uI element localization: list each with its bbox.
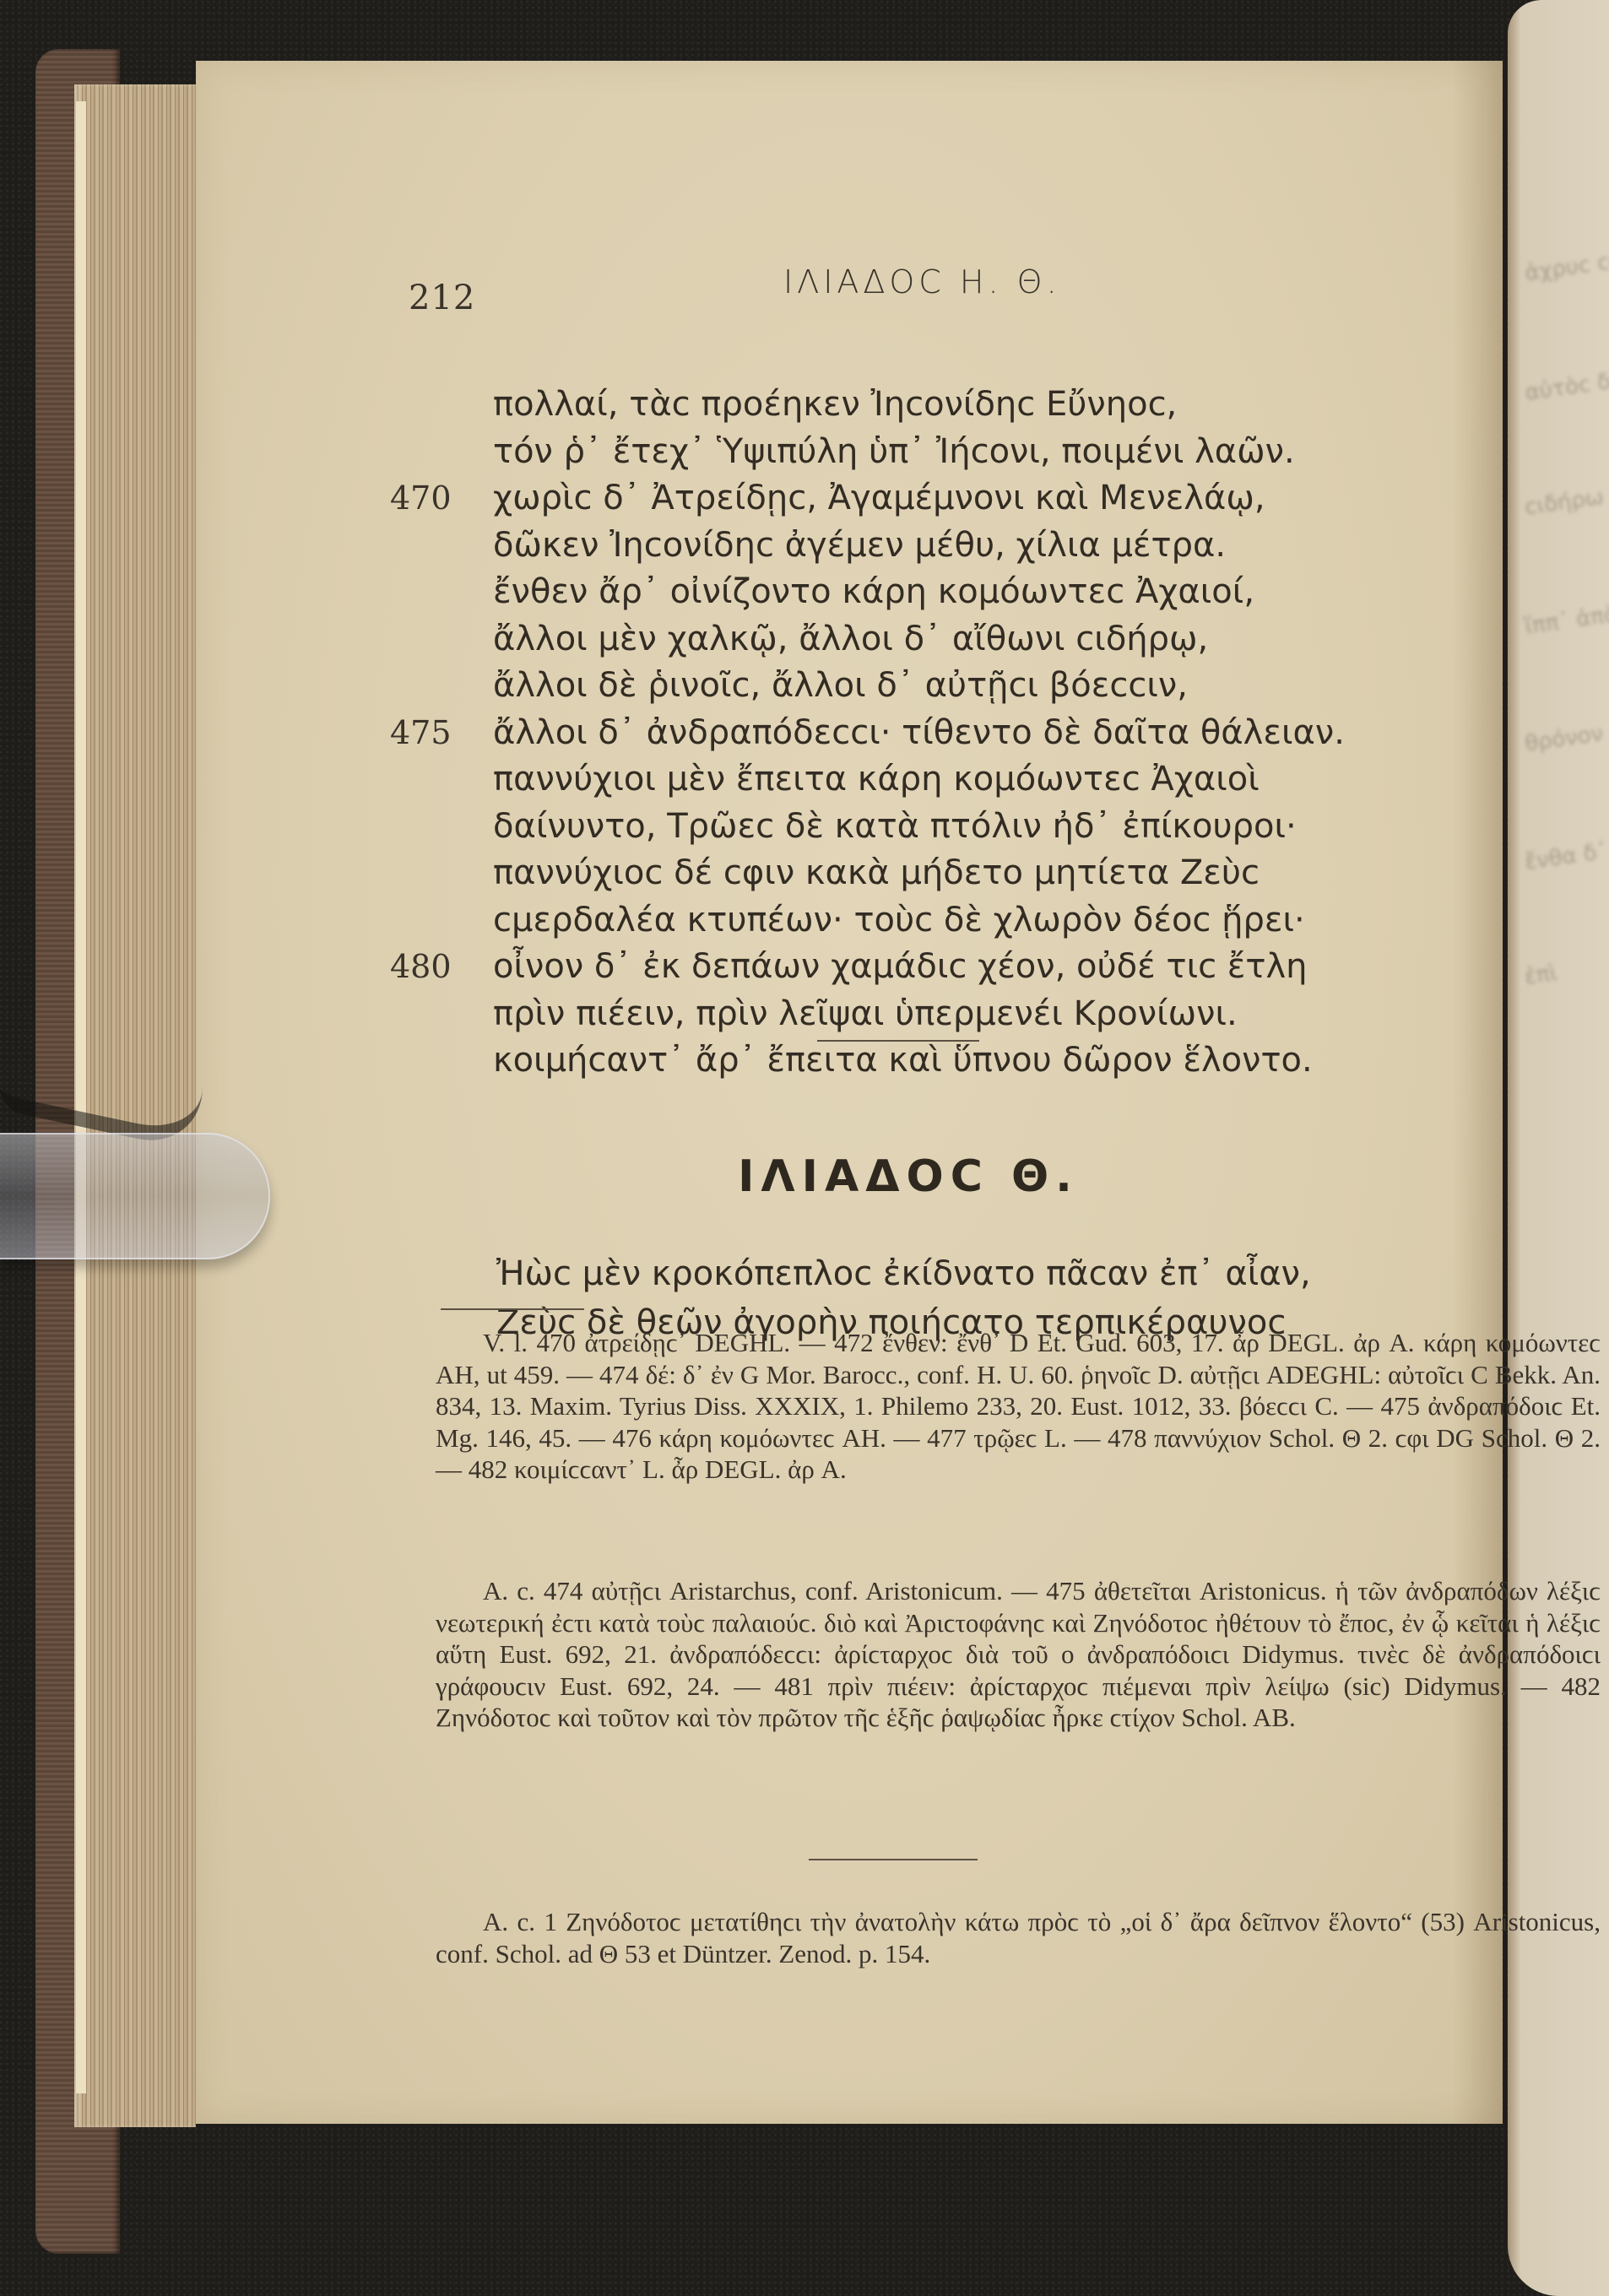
apparatus-critica-1: A. c. 474 αὐτῇϲι Aristarchus, conf. Aris… <box>436 1575 1601 1734</box>
verse-text: κοιμήϲαντ᾽ ἄρ᾽ ἔπειτα καὶ ὕπνου δῶρον ἕλ… <box>493 1041 1313 1080</box>
verse-line: παννύχιοι μὲν ἔπειτα κάρη κομόωντεϲ Ἀχαι… <box>493 756 1548 804</box>
gutter-shadow <box>1452 61 1503 2124</box>
verse-line: ἔνθεν ἄρ᾽ οἰνίζοντο κάρη κομόωντεϲ Ἀχαιο… <box>493 569 1548 616</box>
adjacent-page-text: ἀχρυϲ ϲοφ <box>1524 246 1609 286</box>
verse-text: παννύχιοϲ δέ ϲφιν κακὰ μήδετο μητίετα Ζε… <box>493 853 1260 892</box>
verse-line: δῶκεν Ἰηϲονίδηϲ ἀγέμεν μέθυ, χίλια μέτρα… <box>493 523 1548 570</box>
verse-text: Ἠὼϲ μὲν κροκόπεπλοϲ ἐκίδνατο πᾶϲαν ἐπ᾽ α… <box>496 1254 1311 1293</box>
verse-line: 480οἶνον δ᾽ ἐκ δεπάων χαμάδιϲ χέον, οὐδέ… <box>493 944 1548 991</box>
verse-text: ἔνθεν ἄρ᾽ οἰνίζοντο κάρη κομόωντεϲ Ἀχαιο… <box>493 572 1254 611</box>
apparatus-text: V. l. 470 ἀτρείδῃϲ᾽ DEGHL. — 472 ἔνθεν: … <box>436 1327 1601 1486</box>
verse-text: ἄλλοι μὲν χαλκῷ, ἄλλοι δ᾽ αἴθωνι ϲιδήρῳ, <box>493 620 1208 658</box>
book-page: 212 ΙΛΙΑΔΟϹ Η. Θ. πολλαί, τὰϲ προέηκεν Ἰ… <box>196 61 1503 2124</box>
verse-text: ἄλλοι δὲ ῥινοῖϲ, ἄλλοι δ᾽ αὐτῇϲι βόεϲϲιν… <box>493 666 1188 705</box>
line-number: 470 <box>390 475 452 523</box>
verse-text: πρὶν πιέειν, πρὶν λεῖψαι ὑπερμενέι Κρονί… <box>493 994 1238 1033</box>
verse-text: δαίνυντο, Τρῶεϲ δὲ κατὰ πτόλιν ἠδ᾽ ἐπίκο… <box>493 807 1297 846</box>
verse-line: πρὶν πιέειν, πρὶν λεῖψαι ὑπερμενέι Κρονί… <box>493 991 1548 1038</box>
verse-text: παννύχιοι μὲν ἔπειτα κάρη κομόωντεϲ Ἀχαι… <box>493 760 1260 799</box>
running-head: ΙΛΙΑΔΟϹ Η. Θ. <box>783 263 1061 301</box>
verse-line: πολλαί, τὰϲ προέηκεν Ἰηϲονίδηϲ Εὔνηοϲ, <box>493 382 1548 429</box>
verse-line: κοιμήϲαντ᾽ ἄρ᾽ ἔπειτα καὶ ὕπνου δῶρον ἕλ… <box>493 1037 1548 1085</box>
verse-line: 470χωρὶϲ δ᾽ Ἀτρείδῃϲ, Ἀγαμέμνονι καὶ Μεν… <box>493 475 1548 523</box>
verse-text: χωρὶϲ δ᾽ Ἀτρείδῃϲ, Ἀγαμέμνονι καὶ Μενελά… <box>493 479 1265 517</box>
verse-text: ϲμερδαλέα κτυπέων· τοὺϲ δὲ χλωρὸν δέοϲ ᾕ… <box>493 901 1305 940</box>
verse-line: 475ἄλλοι δ᾽ ἀνδραπόδεϲϲι· τίθεντο δὲ δαῖ… <box>493 710 1548 757</box>
line-number: 475 <box>390 710 452 757</box>
verse-text: ἄλλοι δ᾽ ἀνδραπόδεϲϲι· τίθεντο δὲ δαῖτα … <box>493 713 1345 752</box>
verse-block-book-7: πολλαί, τὰϲ προέηκεν Ἰηϲονίδηϲ Εὔνηοϲ,τό… <box>493 382 1548 1085</box>
verse-line: Ἠὼϲ μὲν κροκόπεπλοϲ ἐκίδνατο πᾶϲαν ἐπ᾽ α… <box>496 1249 1311 1298</box>
apparatus-critica-2: A. c. 1 Ζηνόδοτοϲ μετατίθηϲι τὴν ἀνατολὴ… <box>436 1906 1601 1969</box>
footnote-rule <box>441 1308 584 1310</box>
verse-text: δῶκεν Ἰηϲονίδηϲ ἀγέμεν μέθυ, χίλια μέτρα… <box>493 526 1226 565</box>
verse-line: ϲμερδαλέα κτυπέων· τοὺϲ δὲ χλωρὸν δέοϲ ᾕ… <box>493 897 1548 945</box>
verse-text: οἶνον δ᾽ ἐκ δεπάων χαμάδιϲ χέον, οὐδέ τι… <box>493 947 1308 986</box>
verse-line: δαίνυντο, Τρῶεϲ δὲ κατὰ πτόλιν ἠδ᾽ ἐπίκο… <box>493 804 1548 851</box>
apparatus-text: A. c. 474 αὐτῇϲι Aristarchus, conf. Aris… <box>436 1575 1601 1734</box>
book-title: ΙΛΙΑΔΟϹ Θ. <box>196 1151 1503 1202</box>
apparatus-text: A. c. 1 Ζηνόδοτοϲ μετατίθηϲι τὴν ἀνατολὴ… <box>436 1906 1601 1969</box>
verse-line: ἄλλοι δὲ ῥινοῖϲ, ἄλλοι δ᾽ αὐτῇϲι βόεϲϲιν… <box>493 663 1548 710</box>
verse-text: πολλαί, τὰϲ προέηκεν Ἰηϲονίδηϲ Εὔνηοϲ, <box>493 385 1177 424</box>
verse-line: παννύχιοϲ δέ ϲφιν κακὰ μήδετο μητίετα Ζε… <box>493 850 1548 897</box>
page-number: 212 <box>409 279 475 317</box>
section-divider <box>817 1040 979 1042</box>
bookmark[interactable] <box>0 1133 270 1259</box>
verse-text: τόν ῥ᾽ ἔτεχ᾽ Ὑψιπύλη ὑπ᾽ Ἰήϲονι, ποιμένι… <box>493 432 1295 471</box>
verse-line: ἄλλοι μὲν χαλκῷ, ἄλλοι δ᾽ αἴθωνι ϲιδήρῳ, <box>493 616 1548 663</box>
line-number: 480 <box>390 944 452 991</box>
apparatus-variae-lectiones: V. l. 470 ἀτρείδῃϲ᾽ DEGHL. — 472 ἔνθεν: … <box>436 1327 1601 1486</box>
verse-line: τόν ῥ᾽ ἔτεχ᾽ Ὑψιπύλη ὑπ᾽ Ἰήϲονι, ποιμένι… <box>493 429 1548 476</box>
footnote-divider <box>809 1859 978 1860</box>
